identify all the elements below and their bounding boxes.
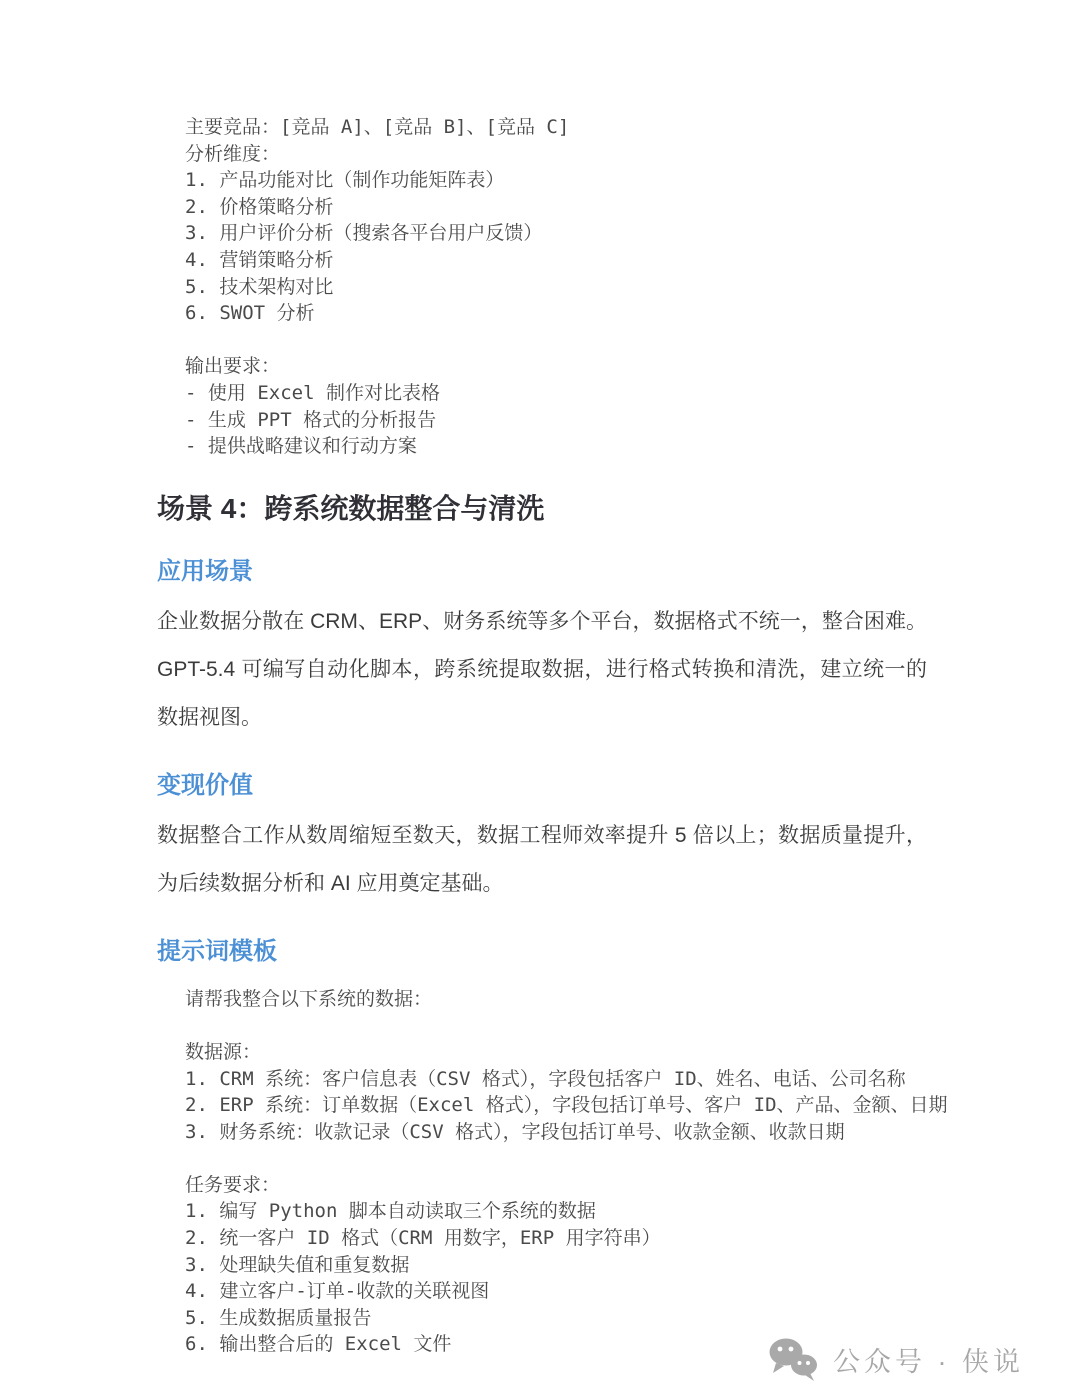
pre-line: 请帮我整合以下系统的数据：: [185, 986, 927, 1013]
pre-line: 2. 价格策略分析: [185, 194, 927, 221]
pre-line: 1. 产品功能对比（制作功能矩阵表）: [185, 167, 927, 194]
pre-line: 4. 建立客户-订单-收款的关联视图: [185, 1278, 927, 1305]
pre-line: 4. 营销策略分析: [185, 247, 927, 274]
section-4-title: 场景 4：跨系统数据整合与清洗: [157, 490, 927, 528]
pre-line: [185, 1145, 927, 1172]
pre-line: 输出要求：: [185, 353, 927, 380]
subsection-monetization-value: 变现价值: [157, 770, 927, 802]
subsection-application-scenario: 应用场景: [157, 556, 927, 588]
pre-line: 1. CRM 系统：客户信息表（CSV 格式），字段包括客户 ID、姓名、电话、…: [185, 1066, 927, 1093]
pre-line: 5. 技术架构对比: [185, 274, 927, 301]
data-integration-prompt-block: 请帮我整合以下系统的数据：数据源：1. CRM 系统：客户信息表（CSV 格式）…: [185, 986, 927, 1358]
pre-line: 3. 用户评价分析（搜索各平台用户反馈）: [185, 220, 927, 247]
pre-line: 6. SWOT 分析: [185, 300, 927, 327]
pre-line: [185, 327, 927, 354]
document-page: 主要竞品：[竞品 A]、[竞品 B]、[竞品 C]分析维度：1. 产品功能对比（…: [0, 0, 1080, 1397]
subsection-prompt-template: 提示词模板: [157, 936, 927, 968]
application-scenario-text: 企业数据分散在 CRM、ERP、财务系统等多个平台，数据格式不统一，整合困难。G…: [157, 598, 927, 742]
pre-line: 2. 统一客户 ID 格式（CRM 用数字，ERP 用字符串）: [185, 1225, 927, 1252]
pre-line: 2. ERP 系统：订单数据（Excel 格式），字段包括订单号、客户 ID、产…: [185, 1092, 927, 1119]
competitor-analysis-prompt-block: 主要竞品：[竞品 A]、[竞品 B]、[竞品 C]分析维度：1. 产品功能对比（…: [185, 114, 927, 460]
pre-line: - 提供战略建议和行动方案: [185, 433, 927, 460]
monetization-value-text: 数据整合工作从数周缩短至数天，数据工程师效率提升 5 倍以上；数据质量提升，为后…: [157, 812, 927, 908]
document-content: 主要竞品：[竞品 A]、[竞品 B]、[竞品 C]分析维度：1. 产品功能对比（…: [157, 0, 927, 1358]
pre-line: 3. 处理缺失值和重复数据: [185, 1252, 927, 1279]
pre-line: [185, 1012, 927, 1039]
pre-line: 1. 编写 Python 脚本自动读取三个系统的数据: [185, 1198, 927, 1225]
pre-line: 分析维度：: [185, 141, 927, 168]
watermark-text: 公众号 · 侠说: [833, 1340, 1024, 1379]
pre-line: 3. 财务系统：收款记录（CSV 格式），字段包括订单号、收款金额、收款日期: [185, 1119, 927, 1146]
watermark-footer: 公众号 · 侠说: [767, 1337, 1024, 1381]
pre-line: - 使用 Excel 制作对比表格: [185, 380, 927, 407]
pre-line: - 生成 PPT 格式的分析报告: [185, 407, 927, 434]
wechat-icon: [767, 1337, 819, 1381]
pre-line: 主要竞品：[竞品 A]、[竞品 B]、[竞品 C]: [185, 114, 927, 141]
pre-line: 任务要求：: [185, 1172, 927, 1199]
pre-line: 数据源：: [185, 1039, 927, 1066]
pre-line: 5. 生成数据质量报告: [185, 1305, 927, 1332]
